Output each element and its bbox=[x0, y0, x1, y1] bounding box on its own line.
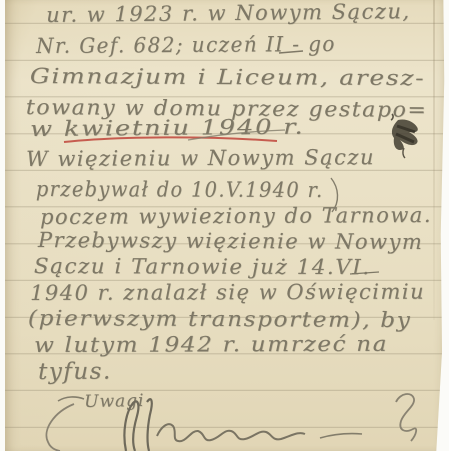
handwriting-line: poczem wywieziony do Tarnowa. bbox=[40, 203, 432, 229]
handwriting-line: w lutym 1942 r. umrzeć na bbox=[34, 332, 388, 357]
handwriting-line: W więzieniu w Nowym Sączu bbox=[26, 145, 375, 171]
handwriting-line: ur. w 1923 r. w Nowym Sączu, bbox=[46, 0, 411, 27]
paper-crease bbox=[433, 0, 435, 320]
handwriting-line: (pierwszym transportem), by bbox=[28, 306, 412, 332]
handwriting-line: Przebywszy więzienie w Nowym bbox=[38, 228, 424, 254]
handwriting-line: Nr. Gef. 682; uczeń II - go bbox=[36, 32, 336, 58]
handwriting-line: przebywał do 10.V.1940 r. bbox=[36, 177, 324, 202]
scanned-document: ur. w 1923 r. w Nowym Sączu, Nr. Gef. 68… bbox=[0, 0, 449, 451]
handwriting-line: 1940 r. znalazł się w Oświęcimiu bbox=[30, 280, 425, 305]
handwriting-line: Sączu i Tarnowie już 14.VI. bbox=[34, 254, 371, 279]
handwriting-line: Gimnazjum i Liceum, aresz- bbox=[30, 64, 426, 90]
handwriting-line: w kwietniu 1940 r. bbox=[30, 115, 305, 141]
notes-heading: Uwagi bbox=[84, 391, 145, 412]
handwriting-line: tyfus. bbox=[38, 359, 112, 385]
